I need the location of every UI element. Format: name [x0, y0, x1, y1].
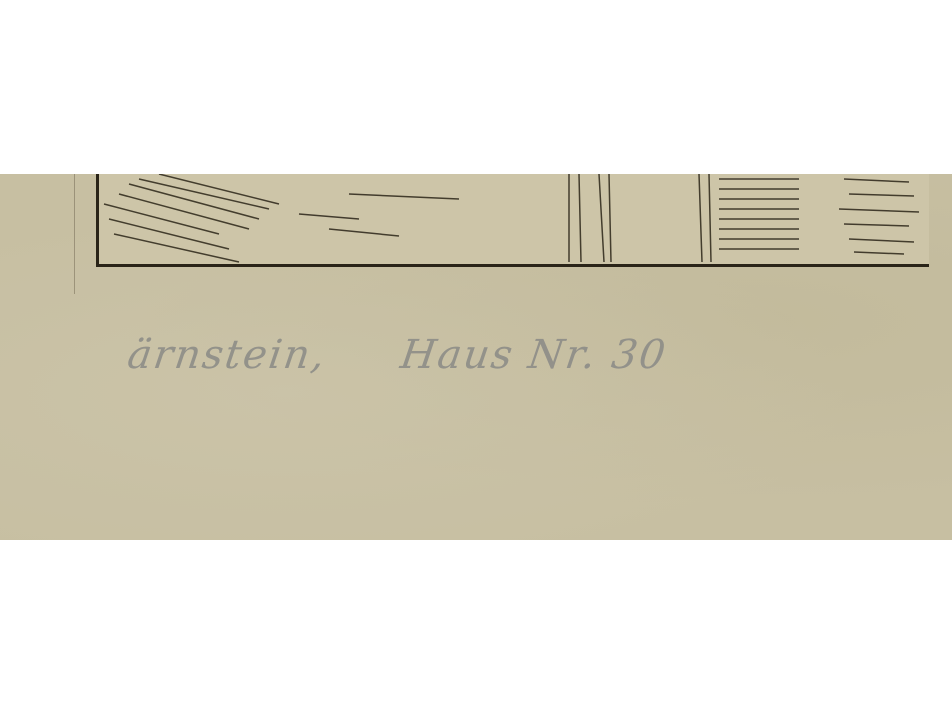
inscription-house: Haus Nr. 30: [398, 332, 670, 378]
etching-photo: ärnstein, Haus Nr. 30: [0, 174, 952, 540]
etched-image-area: [96, 174, 929, 267]
etching-hatching: [99, 174, 929, 264]
pencil-inscription: ärnstein, Haus Nr. 30: [125, 332, 730, 378]
inscription-place: ärnstein,: [125, 332, 330, 378]
